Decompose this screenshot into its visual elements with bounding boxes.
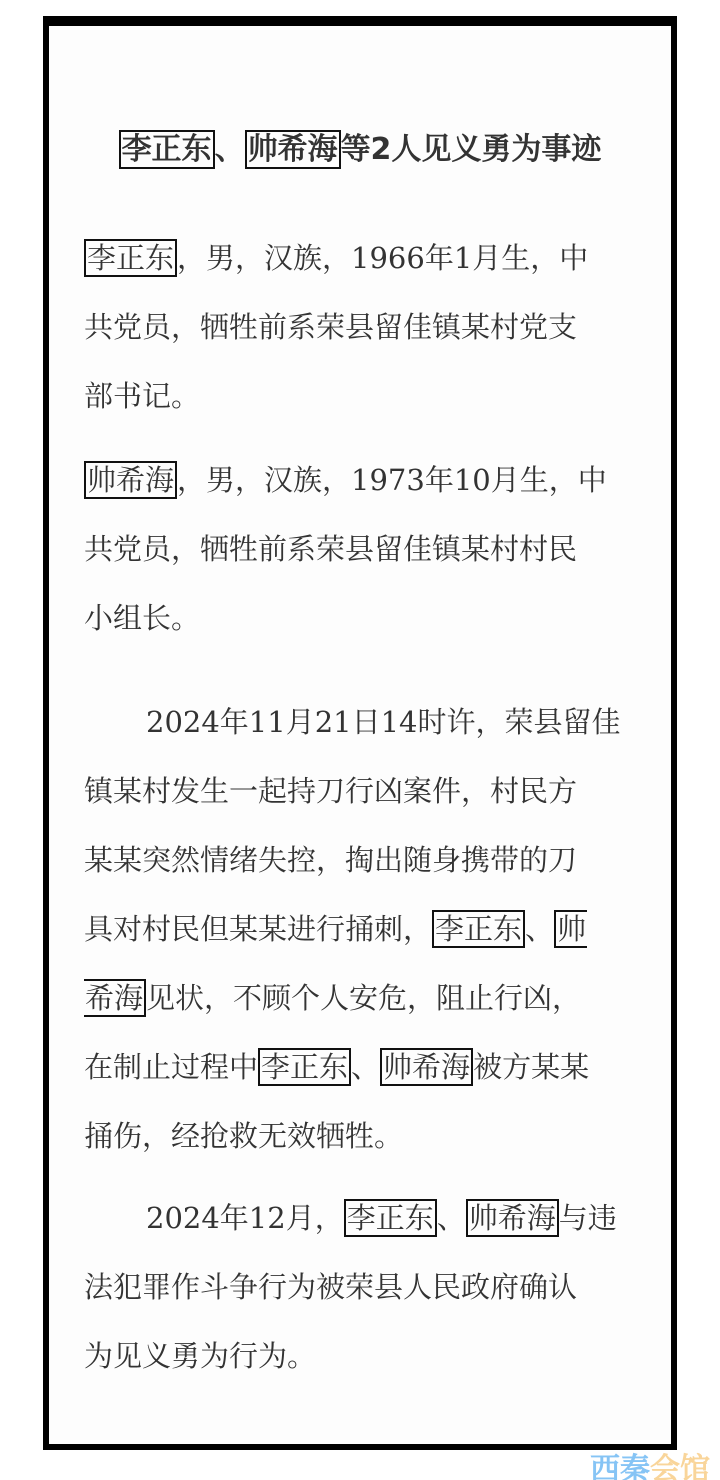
watermark-logo: 西秦会馆 [590, 1444, 710, 1480]
name-highlight: 帅 [554, 910, 587, 948]
person1-paragraph: 李正东，男，汉族，1966年1月生，中 共党员，牺牲前系荣县留佳镇某村党支 部书… [84, 224, 644, 431]
story-paragraph: 2024年11月21日14时许，荣县留佳 镇某村发生一起持刀行凶案件，村民方 某… [84, 688, 644, 1171]
name-highlight: 李正东 [119, 130, 215, 169]
name-highlight: 李正东 [84, 239, 177, 277]
name-highlight: 帅希海 [380, 1048, 473, 1086]
document-frame: 李正东、帅希海等2人见义勇为事迹 李正东，男，汉族，1966年1月生，中 共党员… [43, 16, 677, 1450]
name-highlight: 帅希海 [84, 461, 177, 499]
person2-paragraph: 帅希海，男，汉族，1973年10月生，中 共党员，牺牲前系荣县留佳镇某村村民 小… [84, 446, 644, 653]
name-highlight: 帅希海 [466, 1199, 559, 1237]
recognition-paragraph: 2024年12月，李正东、帅希海与违 法犯罪作斗争行为被荣县人民政府确认 为见义… [84, 1184, 644, 1391]
name-highlight: 李正东 [344, 1199, 437, 1237]
name-highlight: 李正东 [432, 910, 525, 948]
name-highlight: 帅希海 [245, 130, 341, 169]
name-highlight: 李正东 [258, 1048, 351, 1086]
name-highlight: 希海 [84, 979, 146, 1017]
page-title: 李正东、帅希海等2人见义勇为事迹 [49, 124, 671, 168]
